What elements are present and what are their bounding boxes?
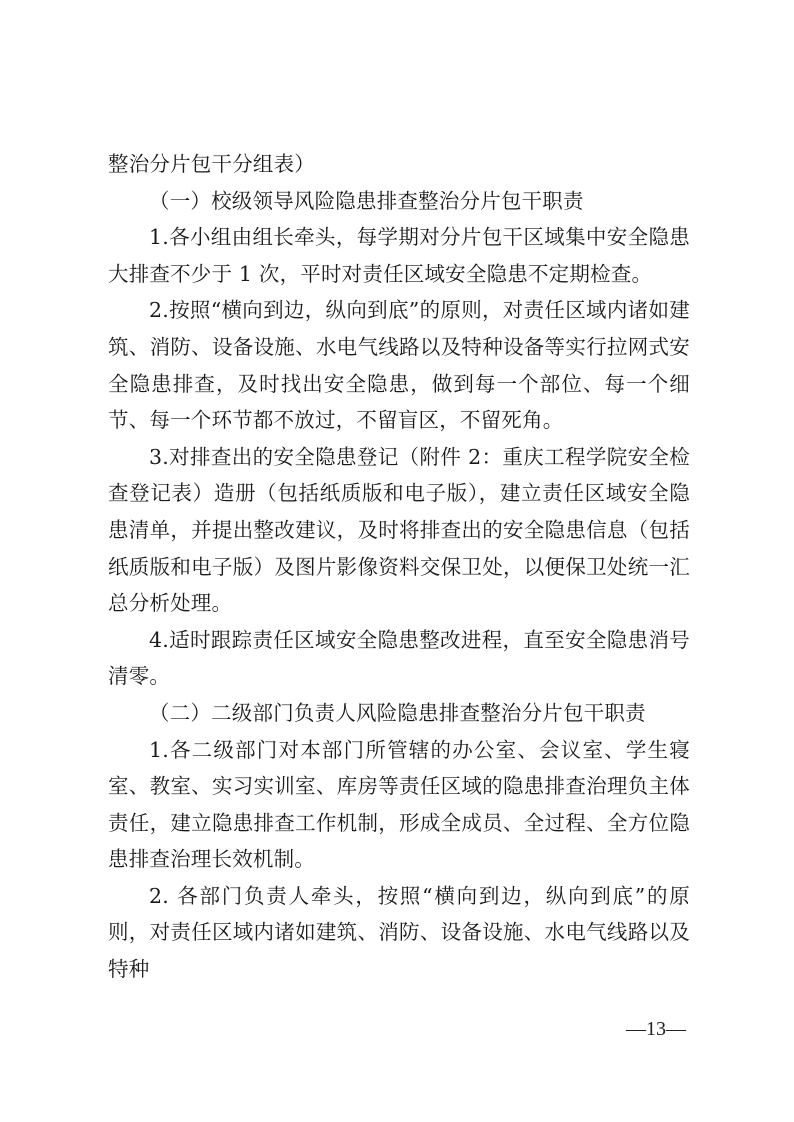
document-body: 整治分片包干分组表） （一）校级领导风险隐患排查整治分片包干职责 1.各小组由组… <box>108 146 690 988</box>
section-heading-1: （一）校级领导风险隐患排查整治分片包干职责 <box>108 183 690 220</box>
page-number: —13— <box>626 1018 686 1041</box>
document-page: 整治分片包干分组表） （一）校级领导风险隐患排查整治分片包干职责 1.各小组由组… <box>0 0 794 1122</box>
paragraph-2-2: 2. 各部门负责人牵头，按照“横向到边，纵向到底”的原则，对责任区域内诸如建筑、… <box>108 878 690 988</box>
paragraph-1-4: 4.适时跟踪责任区域安全隐患整改进程，直至安全隐患消号清零。 <box>108 622 690 695</box>
paragraph-2-1: 1.各二级部门对本部门所管辖的办公室、会议室、学生寝室、教室、实习实训室、库房等… <box>108 732 690 878</box>
paragraph-1-2: 2.按照“横向到边，纵向到底”的原则，对责任区域内诸如建筑、消防、设备设施、水电… <box>108 292 690 438</box>
paragraph-1-3: 3.对排查出的安全隐患登记（附件 2：重庆工程学院安全检查登记表）造册（包括纸质… <box>108 439 690 622</box>
paragraph-1-1: 1.各小组由组长牵头，每学期对分片包干区域集中安全隐患大排查不少于 1 次，平时… <box>108 219 690 292</box>
section-heading-2: （二）二级部门负责人风险隐患排查整治分片包干职责 <box>108 695 690 732</box>
paragraph-table-title-continuation: 整治分片包干分组表） <box>108 146 690 183</box>
